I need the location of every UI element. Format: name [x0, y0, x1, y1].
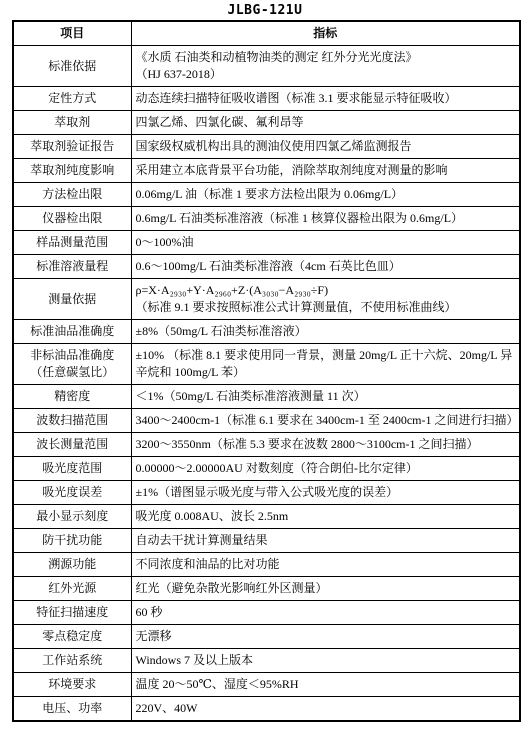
spec-label: 测量依据: [13, 279, 131, 320]
table-row: 标准溶液量程 0.6～100mg/L 石油类标准溶液（4cm 石英比色皿）: [13, 255, 520, 279]
table-row: 测量依据 ρ=X·A₂₉₃₀+Y·A₂₉₆₀+Z·(A₃₀₃₀−A₂₉₃₀÷F)…: [13, 279, 520, 320]
spec-value: 3200～3550nm（标准 5.3 要求在波数 2800～3100cm-1 之…: [131, 433, 520, 457]
table-row: 萃取剂验证报告 国家级权威机构出具的测油仪使用四氯乙烯监测报告: [13, 135, 520, 159]
spec-label: 方法检出限: [13, 183, 131, 207]
column-header-spec: 指标: [131, 21, 520, 46]
spec-value: 0～100%油: [131, 231, 520, 255]
table-row: 方法检出限 0.06mg/L 油（标准 1 要求方法检出限为 0.06mg/L）: [13, 183, 520, 207]
table-row: 吸光度误差 ±1%（谱图显示吸光度与带入公式吸光度的误差）: [13, 481, 520, 505]
spec-value: ±8%（50mg/L 石油类标准溶液）: [131, 320, 520, 344]
spec-label: 萃取剂纯度影响: [13, 159, 131, 183]
spec-value: 吸光度 0.008AU、波长 2.5nm: [131, 505, 520, 529]
spec-value: Windows 7 及以上版本: [131, 649, 520, 673]
table-row: 最小显示刻度 吸光度 0.008AU、波长 2.5nm: [13, 505, 520, 529]
spec-label: 特征扫描速度: [13, 601, 131, 625]
table-row: 定性方式 动态连续扫描特征吸收谱图（标准 3.1 要求能显示特征吸收）: [13, 87, 520, 111]
table-row: 标准油品准确度 ±8%（50mg/L 石油类标准溶液）: [13, 320, 520, 344]
spec-label: 标准溶液量程: [13, 255, 131, 279]
spec-value: 0.6mg/L 石油类标准溶液（标准 1 核算仪器检出限为 0.6mg/L）: [131, 207, 520, 231]
spec-label: 红外光源: [13, 577, 131, 601]
spec-value: 220V、40W: [131, 697, 520, 722]
spec-value: ＜1%（50mg/L 石油类标准溶液测量 11 次）: [131, 385, 520, 409]
table-row: 溯源功能 不同浓度和油品的比对功能: [13, 553, 520, 577]
table-row: 环境要求 温度 20～50℃、湿度＜95%RH: [13, 673, 520, 697]
spec-value: 国家级权威机构出具的测油仪使用四氯乙烯监测报告: [131, 135, 520, 159]
table-row: 萃取剂 四氯乙烯、四氯化碳、氟利昂等: [13, 111, 520, 135]
spec-label: 定性方式: [13, 87, 131, 111]
table-row: 非标油品准确度 （任意碳氢比） ±10% （标准 8.1 要求使用同一背景，测量…: [13, 344, 520, 385]
table-row: 波数扫描范围 3400～2400cm-1（标准 6.1 要求在 3400cm-1…: [13, 409, 520, 433]
table-row: 特征扫描速度 60 秒: [13, 601, 520, 625]
table-row: 吸光度范围 0.00000～2.00000AU 对数刻度（符合朗伯-比尔定律）: [13, 457, 520, 481]
spec-label: 环境要求: [13, 673, 131, 697]
spec-value: 0.00000～2.00000AU 对数刻度（符合朗伯-比尔定律）: [131, 457, 520, 481]
table-row: 仪器检出限 0.6mg/L 石油类标准溶液（标准 1 核算仪器检出限为 0.6m…: [13, 207, 520, 231]
spec-label: 样品测量范围: [13, 231, 131, 255]
table-row: 萃取剂纯度影响 采用建立本底背景平台功能，消除萃取剂纯度对测量的影响: [13, 159, 520, 183]
column-header-item: 项目: [13, 21, 131, 46]
spec-label: 波长测量范围: [13, 433, 131, 457]
table-row: 电压、功率 220V、40W: [13, 697, 520, 722]
spec-value: ±10% （标准 8.1 要求使用同一背景，测量 20mg/L 正十六烷、20m…: [131, 344, 520, 385]
spec-value: 60 秒: [131, 601, 520, 625]
spec-label: 仪器检出限: [13, 207, 131, 231]
spec-label: 精密度: [13, 385, 131, 409]
spec-value: 《水质 石油类和动植物油类的测定 红外分光光度法》 （HJ 637-2018）: [131, 46, 520, 87]
spec-label: 标准依据: [13, 46, 131, 87]
spec-value: 0.06mg/L 油（标准 1 要求方法检出限为 0.06mg/L）: [131, 183, 520, 207]
spec-label: 工作站系统: [13, 649, 131, 673]
spec-label: 防干扰功能: [13, 529, 131, 553]
page-title: JLBG-121U: [0, 0, 530, 20]
table-row: 零点稳定度 无漂移: [13, 625, 520, 649]
spec-label: 吸光度范围: [13, 457, 131, 481]
table-row: 防干扰功能 自动去干扰计算测量结果: [13, 529, 520, 553]
spec-label: 萃取剂验证报告: [13, 135, 131, 159]
spec-label: 萃取剂: [13, 111, 131, 135]
table-row: 波长测量范围 3200～3550nm（标准 5.3 要求在波数 2800～310…: [13, 433, 520, 457]
spec-value: 红光（避免杂散光影响红外区测量）: [131, 577, 520, 601]
table-row: 样品测量范围 0～100%油: [13, 231, 520, 255]
spec-label: 溯源功能: [13, 553, 131, 577]
spec-value: 不同浓度和油品的比对功能: [131, 553, 520, 577]
document-page: JLBG-121U 项目 指标 标准依据 《水质 石油类和动植物油类的测定 红外…: [0, 0, 530, 740]
spec-value: 自动去干扰计算测量结果: [131, 529, 520, 553]
spec-label: 零点稳定度: [13, 625, 131, 649]
spec-value: ρ=X·A₂₉₃₀+Y·A₂₉₆₀+Z·(A₃₀₃₀−A₂₉₃₀÷F) （标准 …: [131, 279, 520, 320]
spec-label: 波数扫描范围: [13, 409, 131, 433]
table-row: 工作站系统 Windows 7 及以上版本: [13, 649, 520, 673]
spec-value: 采用建立本底背景平台功能，消除萃取剂纯度对测量的影响: [131, 159, 520, 183]
spec-value: 温度 20～50℃、湿度＜95%RH: [131, 673, 520, 697]
spec-value: 3400～2400cm-1（标准 6.1 要求在 3400cm-1 至 2400…: [131, 409, 520, 433]
header-row: 项目 指标: [13, 21, 520, 46]
spec-label: 标准油品准确度: [13, 320, 131, 344]
table-row: 红外光源 红光（避免杂散光影响红外区测量）: [13, 577, 520, 601]
table-row: 标准依据 《水质 石油类和动植物油类的测定 红外分光光度法》 （HJ 637-2…: [13, 46, 520, 87]
spec-label: 非标油品准确度 （任意碳氢比）: [13, 344, 131, 385]
spec-label: 最小显示刻度: [13, 505, 131, 529]
spec-label: 电压、功率: [13, 697, 131, 722]
spec-value: 无漂移: [131, 625, 520, 649]
spec-table: 项目 指标 标准依据 《水质 石油类和动植物油类的测定 红外分光光度法》 （HJ…: [12, 20, 521, 722]
spec-value: 四氯乙烯、四氯化碳、氟利昂等: [131, 111, 520, 135]
spec-value: ±1%（谱图显示吸光度与带入公式吸光度的误差）: [131, 481, 520, 505]
spec-value: 0.6～100mg/L 石油类标准溶液（4cm 石英比色皿）: [131, 255, 520, 279]
table-row: 精密度 ＜1%（50mg/L 石油类标准溶液测量 11 次）: [13, 385, 520, 409]
spec-label: 吸光度误差: [13, 481, 131, 505]
spec-value: 动态连续扫描特征吸收谱图（标准 3.1 要求能显示特征吸收）: [131, 87, 520, 111]
